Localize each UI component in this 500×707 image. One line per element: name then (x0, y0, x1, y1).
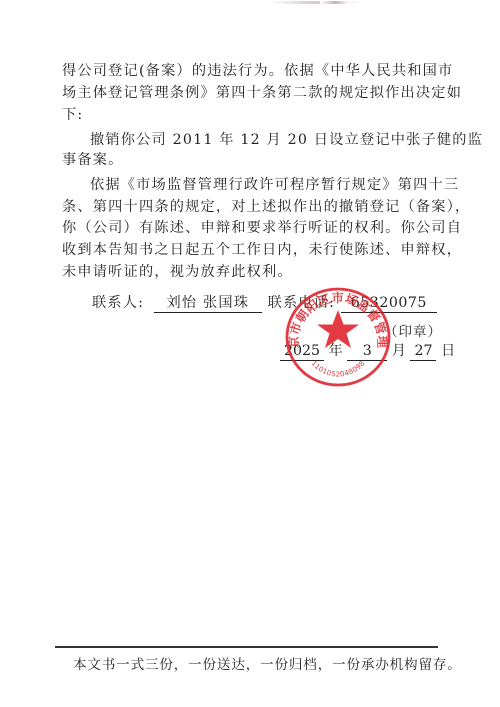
contact-phone: 65320075 (341, 294, 437, 313)
contact-line: 联系人: 刘怡 张国珠 联系电话: 65320075 (92, 294, 437, 313)
text-line: 场主体登记管理条例》第四十条第二款的规定拟作出决定如 (62, 84, 462, 102)
text-line: 你（公司）有陈述、申辩和要求举行听证的权利。你公司自 (62, 219, 462, 237)
svg-text:1101052048098: 1101052048098 (309, 359, 366, 378)
date-day-suffix: 日 (441, 343, 455, 359)
date-month-suffix: 月 (392, 343, 406, 359)
seal-label: （印章） (384, 320, 442, 340)
date-year: 2025 (280, 342, 324, 361)
text-line: 依据《市场监督管理行政许可程序暂行规定》第四十三 (90, 176, 459, 194)
date-month: 3 (347, 342, 387, 361)
text-line: 未申请听证的，视为放弃此权利。 (62, 263, 293, 281)
text-line: 事备案。 (62, 151, 124, 169)
text-line: 下: (62, 106, 83, 124)
date-day: 27 (410, 342, 436, 361)
contact-persons: 刘怡 张国珠 (154, 294, 262, 313)
text-line: 撤销你公司 2011 年 12 月 20 日设立登记中张子健的监 (90, 131, 483, 149)
text-line: 收到本告知书之日起五个工作日内，未行使陈述、申辩权， (62, 241, 462, 259)
scan-artifact (320, 1, 350, 4)
seal-code: 1101052048098 (309, 359, 366, 378)
date-year-suffix: 年 (329, 343, 343, 359)
footer-note: 本文书一式三份，一份送达，一份归档，一份承办机构留存。 (73, 653, 462, 673)
text-line: 得公司登记(备案）的违法行为。依据《中华人民共和国市 (62, 62, 453, 80)
footer-divider (55, 646, 438, 648)
phone-label: 联系电话: (268, 295, 336, 311)
contact-label: 联系人: (92, 295, 144, 311)
text-line: 条、第四十四条的规定，对上述拟作出的撤销登记（备案）， (62, 198, 470, 216)
date-line: 2025 年 3 月 27 日 (280, 342, 455, 361)
